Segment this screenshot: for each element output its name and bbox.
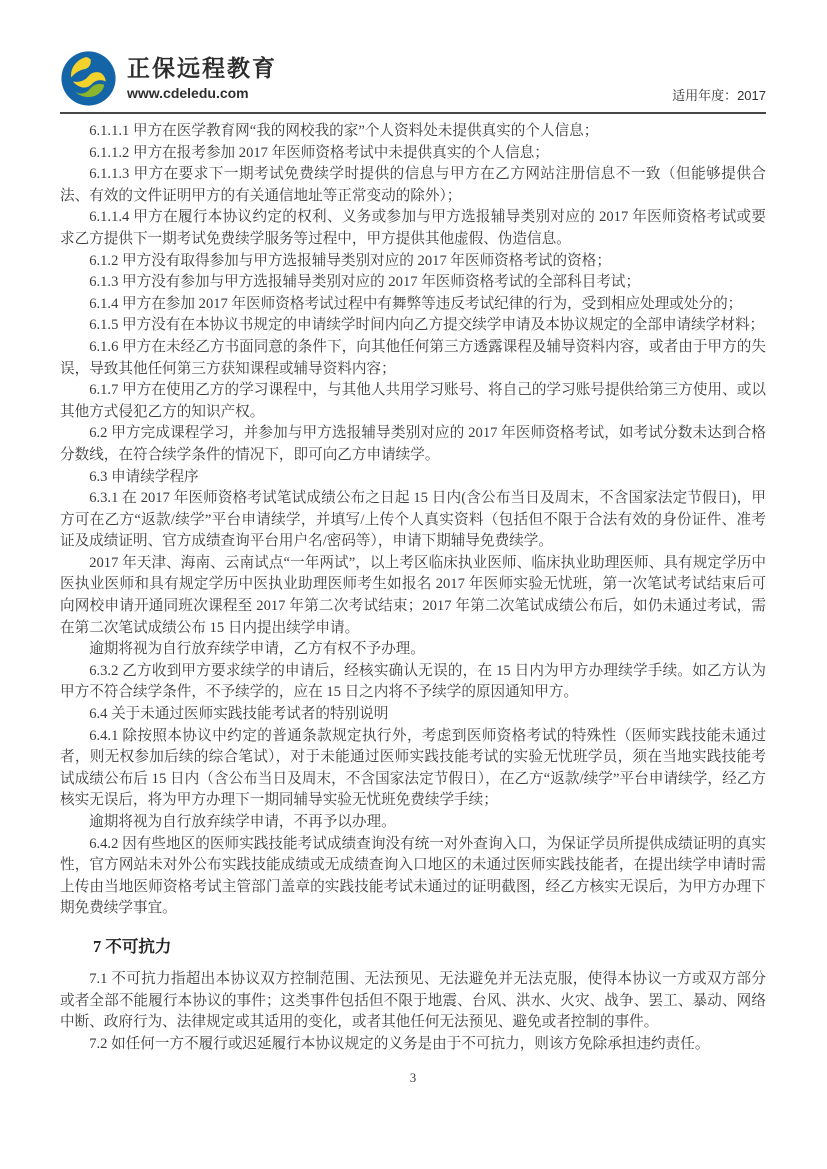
clause-6-1-7: 6.1.7 甲方在使用乙方的学习课程中，与其他人共用学习账号、将自己的学习账号提… [60, 380, 766, 423]
page-header: 正保远程教育 www.cdeledu.com 适用年度：2017 [60, 0, 766, 112]
clause-6-4: 6.4 关于未通过医师实践技能考试者的特别说明 [60, 704, 766, 726]
header-divider [60, 112, 766, 114]
section-7-heading: 7 不可抗力 [60, 935, 766, 958]
clause-6-1-1-4: 6.1.1.4 甲方在履行本协议约定的权利、义务或参加与甲方选报辅导类别对应的 … [60, 207, 766, 250]
cdeledu-logo-icon [60, 50, 117, 107]
clause-6-3-1-overdue-note: 逾期将视为自行放弃续学申请，乙方有权不予办理。 [60, 639, 766, 661]
brand-block: 正保远程教育 www.cdeledu.com [60, 50, 277, 107]
clause-6-1-1-3: 6.1.1.3 甲方在要求下一期考试免费续学时提供的信息与甲方在乙方网站注册信息… [60, 164, 766, 207]
clause-6-4-2: 6.4.2 因有些地区的医师实践技能考试成绩查询没有统一对外查询入口，为保证学员… [60, 834, 766, 920]
clause-6-3-2: 6.3.2 乙方收到甲方要求续学的申请后，经核实确认无误的，在 15 日内为甲方… [60, 661, 766, 704]
clause-6-3: 6.3 申请续学程序 [60, 467, 766, 489]
clause-6-4-1: 6.4.1 除按照本协议中约定的普通条款规定执行外，考虑到医师资格考试的特殊性（… [60, 726, 766, 812]
clause-6-1-6: 6.1.6 甲方在未经乙方书面同意的条件下，向其他任何第三方透露课程及辅导资料内… [60, 337, 766, 380]
clause-7-1: 7.1 不可抗力指超出本协议双方控制范围、无法预见、无法避免并无法克服，使得本协… [60, 969, 766, 1034]
clause-6-1-4: 6.1.4 甲方在参加 2017 年医师资格考试过程中有舞弊等违反考试纪律的行为… [60, 294, 766, 316]
applicable-year-label: 适用年度：2017 [672, 85, 766, 107]
clause-6-3-1-two-exams-note: 2017 年天津、海南、云南试点“一年两试”，以上考区临床执业医师、临床执业助理… [60, 553, 766, 639]
clause-6-1-3: 6.1.3 甲方没有参加与甲方选报辅导类别对应的 2017 年医师资格考试的全部… [60, 272, 766, 294]
clause-7-2: 7.2 如任何一方不履行或迟延履行本协议规定的义务是由于不可抗力，则该方免除承担… [60, 1034, 766, 1056]
clause-6-3-1: 6.3.1 在 2017 年医师资格考试笔试成绩公布之日起 15 日内(含公布当… [60, 488, 766, 553]
clause-6-1-5: 6.1.5 甲方没有在本协议书规定的申请续学时间内向乙方提交续学申请及本协议规定… [60, 315, 766, 337]
document-page: 正保远程教育 www.cdeledu.com 适用年度：2017 6.1.1.1… [0, 0, 827, 1169]
clause-6-1-2: 6.1.2 甲方没有取得参加与甲方选报辅导类别对应的 2017 年医师资格考试的… [60, 251, 766, 273]
clause-6-4-1-overdue-note: 逾期将视为自行放弃续学申请，不再予以办理。 [60, 812, 766, 834]
brand-text: 正保远程教育 www.cdeledu.com [127, 55, 277, 101]
document-body: 6.1.1.1 甲方在医学教育网“我的网校我的家”个人资料处未提供真实的个人信息… [60, 121, 766, 1055]
clause-6-1-1-1: 6.1.1.1 甲方在医学教育网“我的网校我的家”个人资料处未提供真实的个人信息… [60, 121, 766, 143]
clause-6-2: 6.2 甲方完成课程学习，并参加与甲方选报辅导类别对应的 2017 年医师资格考… [60, 423, 766, 466]
page-number: 3 [410, 1070, 417, 1085]
page-footer: 3 [60, 1070, 766, 1086]
brand-website: www.cdeledu.com [127, 85, 277, 102]
brand-name: 正保远程教育 [127, 55, 277, 83]
clause-6-1-1-2: 6.1.1.2 甲方在报考参加 2017 年医师资格考试中未提供真实的个人信息； [60, 143, 766, 165]
